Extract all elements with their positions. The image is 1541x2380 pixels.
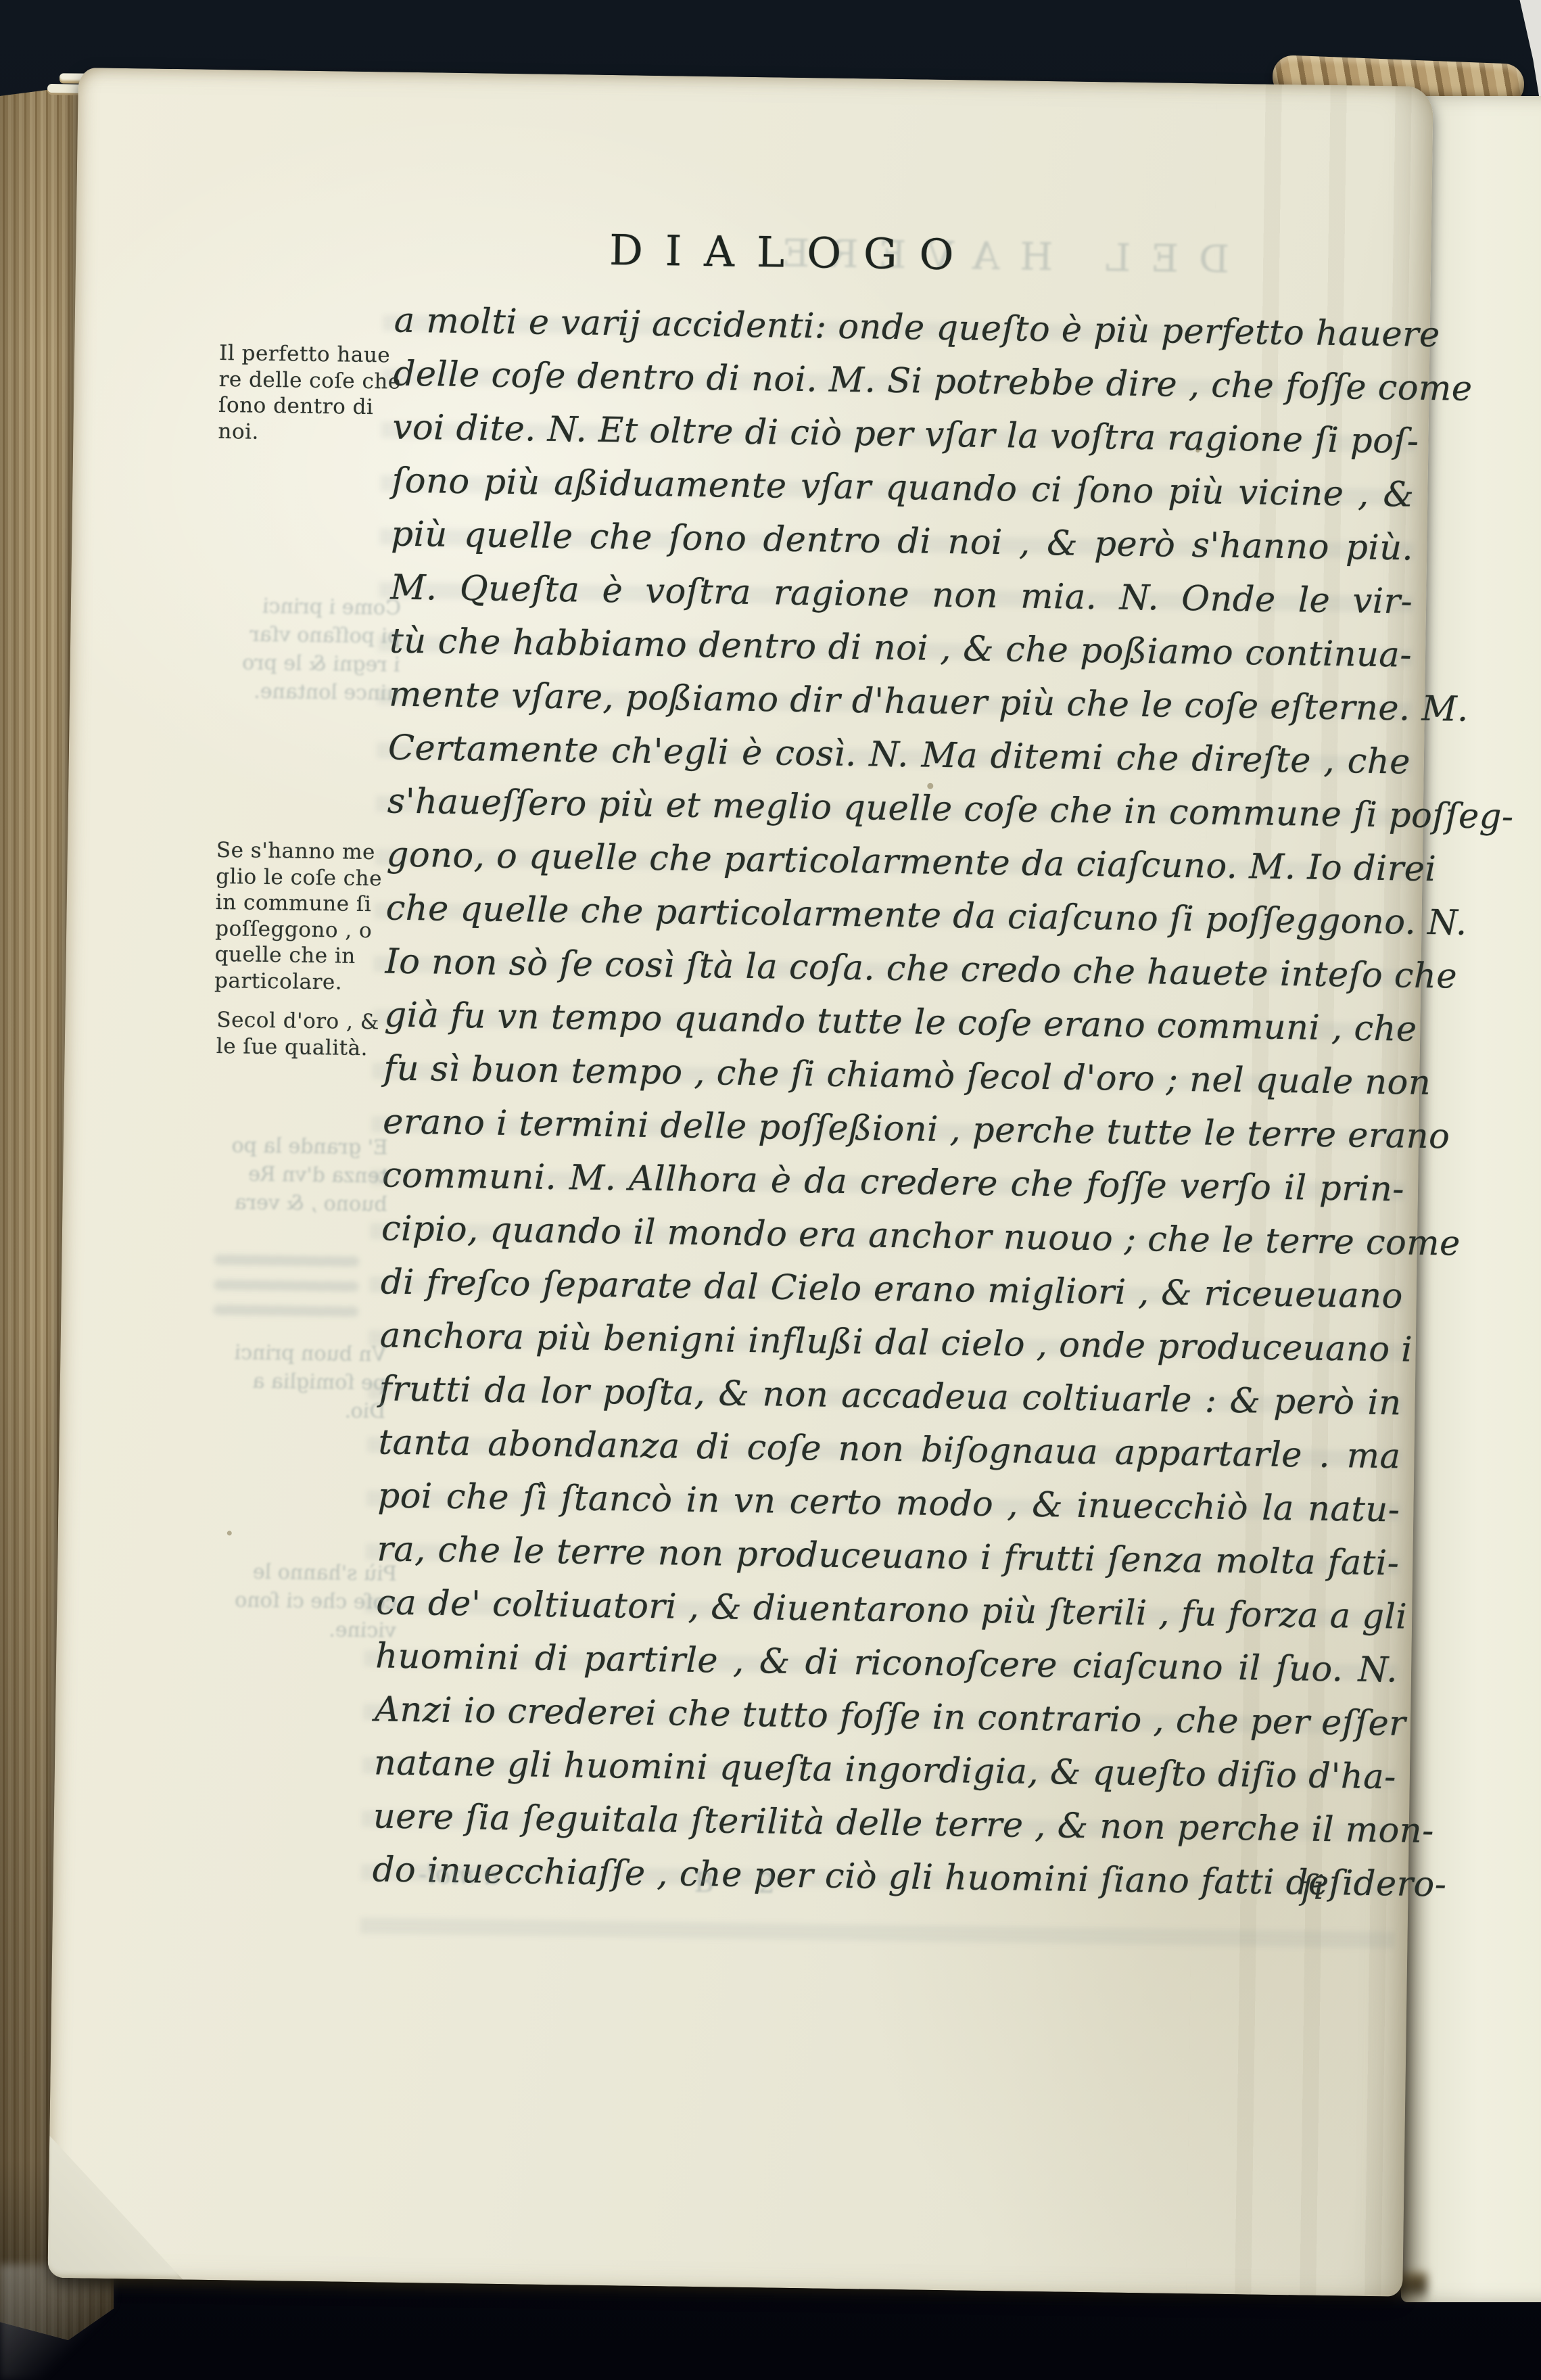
faint-showthrough-smudge (213, 1255, 360, 1332)
margin-note-showthrough-line: Come i princi (232, 592, 402, 622)
margin-note-line: noi. (218, 418, 414, 447)
margin-note-line: in commune ſi (216, 889, 412, 918)
signature-mark-showthrough: B 2 (694, 1867, 792, 1900)
margin-note-showthrough: Come i principi poſſano vſari regni & le… (231, 592, 401, 707)
bottom-left-shadow (0, 2264, 115, 2380)
margin-note-showthrough-line: buono , & vera (218, 1188, 387, 1219)
margin-note-line: ſono dentro di (218, 392, 415, 421)
margin-note-showthrough-line: tenza d'vn Re (218, 1160, 388, 1190)
margin-note-line: Se s'hanno me (216, 837, 413, 866)
catchword: ſi (1148, 1865, 1325, 1907)
running-head-title: DIALOGO (549, 225, 1037, 281)
margin-note-showthrough-line: Vn buon princi (217, 1338, 387, 1369)
margin-note-showthrough-line: Dio. (216, 1395, 386, 1426)
margin-note-showthrough-line: E' grande la po (218, 1131, 388, 1162)
smudge-bar (213, 1305, 358, 1317)
smudge-bar (214, 1280, 359, 1292)
margin-note-line: re delle coſe che (218, 366, 415, 395)
margin-note: Se s'hanno meglio le coſe chein commune … (214, 837, 412, 996)
paper-fleck (227, 1531, 232, 1535)
margin-note-showthrough-line: i regni & le pro (231, 649, 400, 679)
margin-note-showthrough: Più s'hanno lecoſe che ci ſonovicine. (227, 1558, 397, 1645)
paper-fleck (927, 783, 933, 789)
margin-note-showthrough: E' grande la potenza d'vn Rebuono , & ve… (218, 1131, 388, 1219)
catchword-showthrough: a mol- (418, 1859, 498, 1890)
margin-note-line: le ſue qualità. (216, 1033, 413, 1062)
margin-note-line: glio le coſe che (216, 863, 412, 892)
margin-note-showthrough-line: uince lontane. (231, 677, 400, 707)
margin-note-showthrough: Vn buon principe ſomiglia aDio. (216, 1338, 387, 1426)
margin-note-line: quelle che in (214, 941, 411, 971)
margin-note-showthrough-line: Più s'hanno le (228, 1558, 398, 1588)
margin-note-showthrough-line: pe ſomiglia a (217, 1367, 387, 1397)
body-text-block: a molti e varij accidenti: onde queſto è… (372, 294, 1417, 1911)
margin-note-showthrough-line: coſe che ci ſono (227, 1586, 397, 1616)
margin-note-showthrough-line: vicine. (227, 1614, 396, 1645)
book-scan-scene: DEL HAVERE DIALOGO a molti e varij accid… (0, 0, 1541, 2380)
margin-note-line: poſſeggono , o (215, 915, 412, 944)
margin-note-line: Secol d'oro , & (216, 1007, 413, 1036)
smudge-bar (214, 1255, 359, 1267)
margin-note-showthrough-line: pi poſſano vſar (231, 620, 401, 651)
margin-note: Secol d'oro , &le ſue qualità. (216, 1007, 413, 1062)
margin-note-line: particolare. (214, 967, 411, 996)
paper-fleck (1195, 448, 1200, 452)
margin-note: Il perfetto hauere delle coſe cheſono de… (218, 340, 415, 447)
dog-ear-fold (47, 2136, 185, 2280)
book-page: DEL HAVERE DIALOGO a molti e varij accid… (47, 68, 1433, 2297)
margin-note-line: Il perfetto haue (219, 340, 416, 369)
